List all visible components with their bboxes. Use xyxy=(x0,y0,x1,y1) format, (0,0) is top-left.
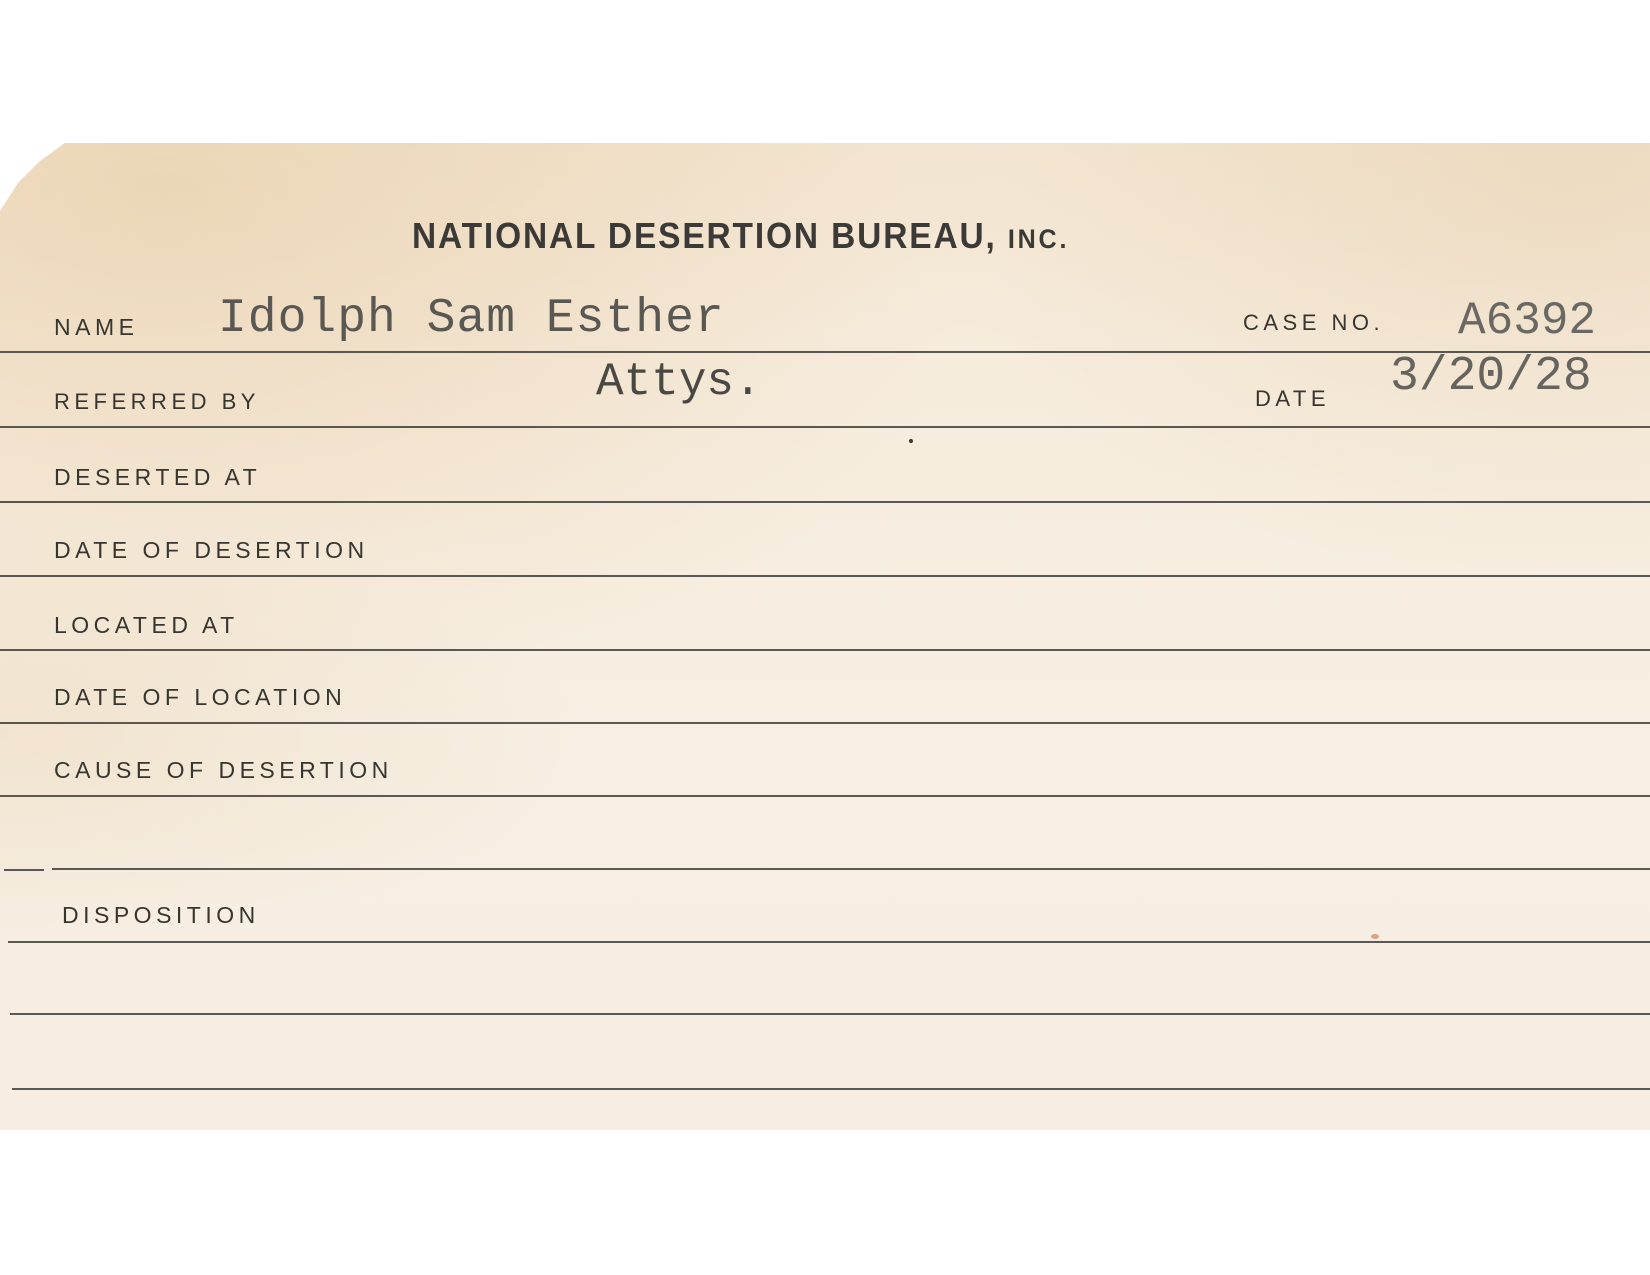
rule-referred-by xyxy=(0,426,1650,428)
name-value: Idolph Sam Esther xyxy=(218,292,725,346)
rule-date-of-desertion xyxy=(0,575,1650,577)
rule-disposition xyxy=(8,941,1650,943)
referred-by-label: REFERRED BY xyxy=(54,389,260,415)
case-no-value: A6392 xyxy=(1458,295,1596,347)
bureau-suffix: INC. xyxy=(1008,224,1069,254)
card-title: NATIONAL DESERTION BUREAU,INC. xyxy=(412,215,1069,257)
date-label: DATE xyxy=(1255,386,1330,412)
rule-cause-of-desertion xyxy=(0,795,1650,797)
deserted-at-label: DESERTED AT xyxy=(54,464,261,491)
disposition-label: DISPOSITION xyxy=(62,902,260,929)
rust-speck xyxy=(1371,934,1379,939)
rule-deserted-at xyxy=(0,501,1650,503)
located-at-label: LOCATED AT xyxy=(54,612,239,639)
date-of-location-label: DATE OF LOCATION xyxy=(54,684,346,711)
date-of-desertion-label: DATE OF DESERTION xyxy=(54,537,369,564)
ink-dot xyxy=(909,439,913,443)
scanned-page: NATIONAL DESERTION BUREAU,INC. NAME Idol… xyxy=(0,0,1650,1275)
rule-date-of-location xyxy=(0,722,1650,724)
referred-by-value: Attys. xyxy=(596,356,762,408)
case-no-label: CASE NO. xyxy=(1243,310,1384,336)
rule-located-at xyxy=(0,649,1650,651)
cause-of-desertion-label: CAUSE OF DESERTION xyxy=(54,757,393,784)
rule-blank-short xyxy=(4,869,44,871)
bureau-name: NATIONAL DESERTION BUREAU, xyxy=(412,215,997,256)
rule-disposition-3 xyxy=(12,1088,1650,1090)
rule-blank xyxy=(52,868,1650,870)
name-label: NAME xyxy=(54,314,138,341)
date-value: 3/20/28 xyxy=(1390,350,1592,404)
rule-disposition-2 xyxy=(10,1013,1650,1015)
